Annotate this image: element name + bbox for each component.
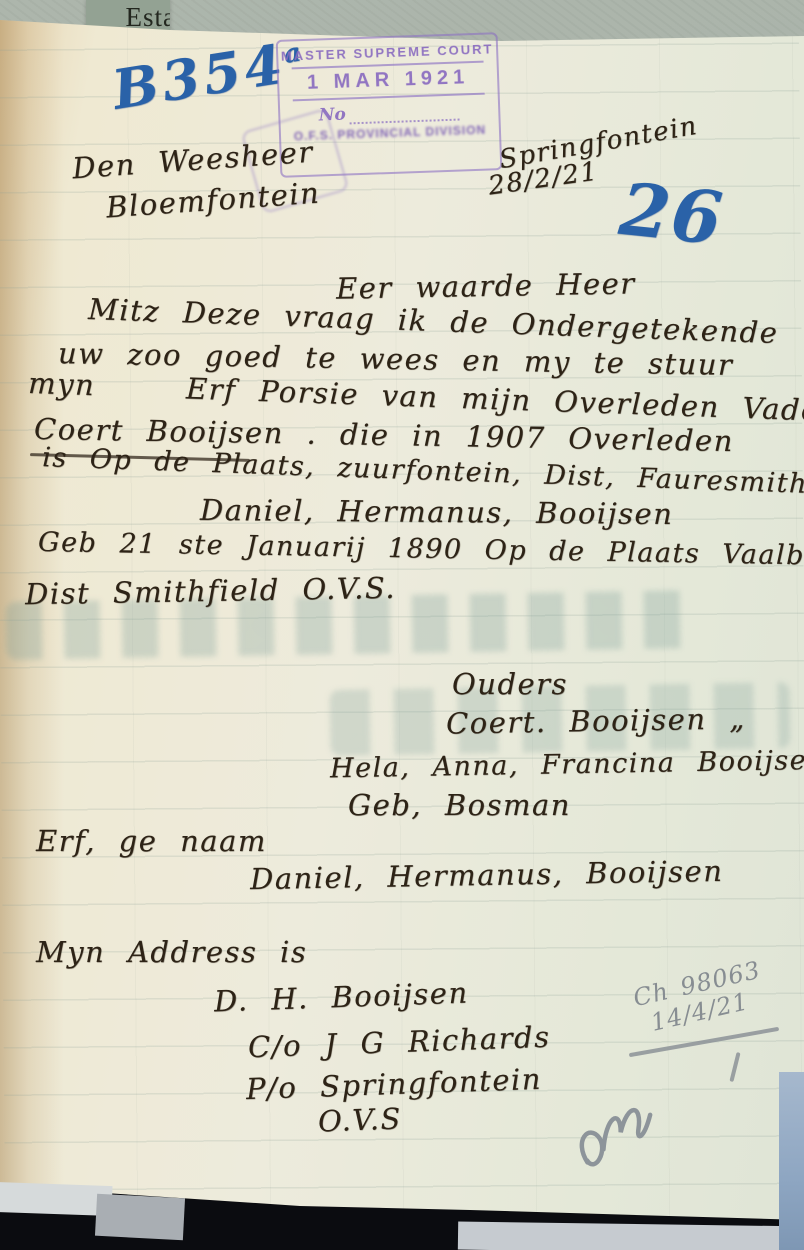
mother-maiden-name: Geb, Bosman (348, 791, 571, 820)
blue-folio-number: 26 (617, 173, 727, 255)
address-intro: Myn Address is (36, 938, 307, 967)
stamp-date: 1 MAR 1921 (307, 66, 470, 95)
adjacent-page-edge (779, 1072, 804, 1250)
parents-heading: Ouders (452, 670, 568, 699)
page-edge (95, 1194, 185, 1241)
photo-of-archival-letter: Esta B354a MASTER SUPREME COURT 1 MAR 19… (0, 0, 804, 1250)
mother-name: Hela, Anna, Francina Booijsen, (330, 747, 804, 783)
address-line: O.V.S (318, 1105, 403, 1137)
page-edge (458, 1222, 804, 1250)
body-line: Daniel, Hermanus, Booijsen (200, 496, 674, 529)
stamp-dotted-line (350, 107, 460, 125)
body-line: Dist Smithfield O.V.S. (25, 574, 396, 609)
heir-name: Daniel, Hermanus, Booijsen (250, 857, 724, 894)
father-name: Coert. Booijsen „ (446, 704, 746, 738)
stamp-number-line: No (319, 101, 461, 126)
address-line: D. H. Booijsen (214, 979, 469, 1017)
stamp-court-line: MASTER SUPREME COURT (281, 41, 494, 63)
heir-label: Erf, ge naam (36, 827, 267, 856)
salutation: Eer waarde Heer (336, 269, 636, 303)
